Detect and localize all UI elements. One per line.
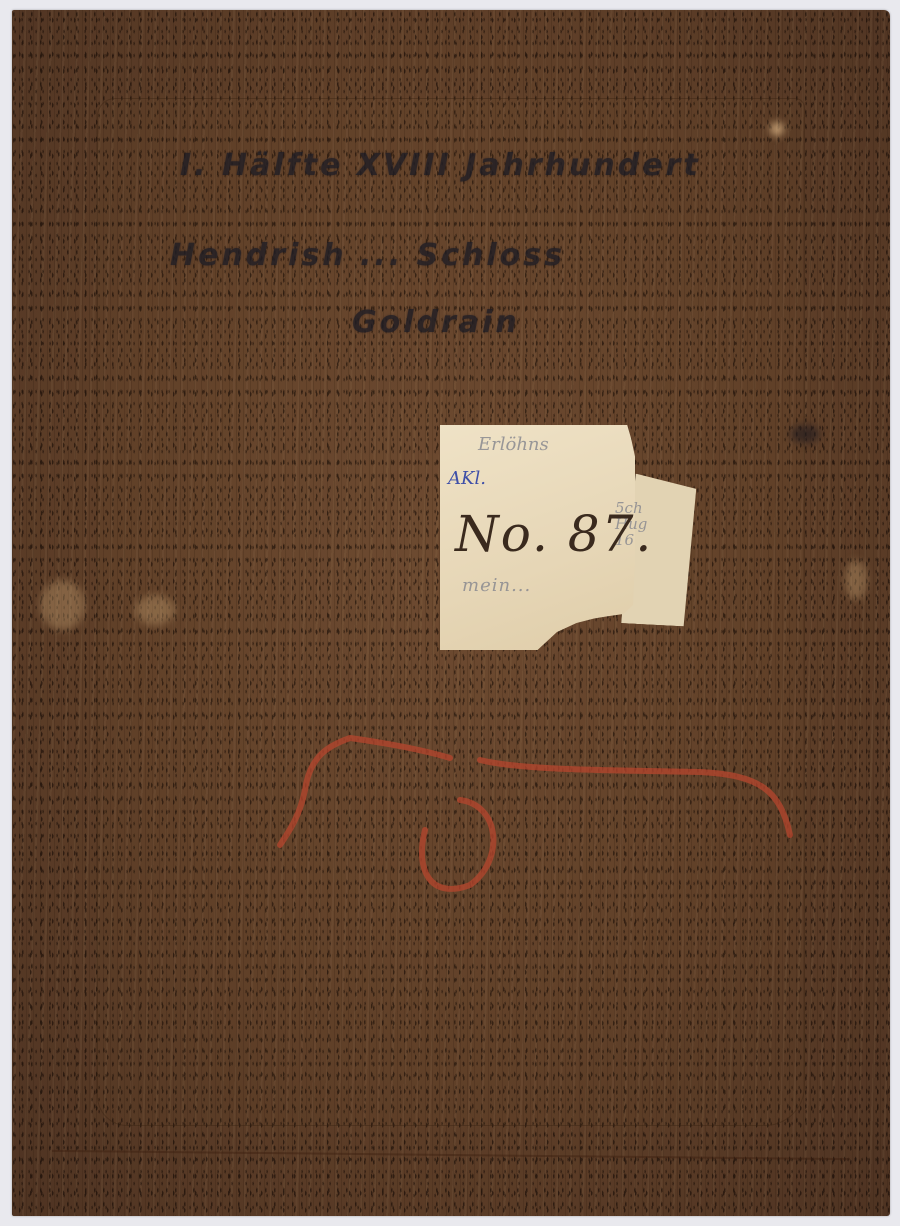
inscription-line-2: Hendrish ... Schloss [170, 238, 565, 273]
inscription-line-3: Goldrain [352, 305, 520, 340]
label-ink-annotation: AKl. [448, 468, 486, 489]
wear-spot [770, 122, 784, 136]
label-pencil-note-top: Erlöhns [478, 434, 549, 455]
label-number: No. 87. [455, 505, 653, 563]
wear-spot [40, 580, 85, 630]
wear-spot [845, 560, 867, 600]
label-pencil-note-bottom: mein... [462, 575, 531, 596]
dark-stain [790, 425, 820, 443]
wear-spot [135, 595, 175, 625]
inscription-line-1: I. Hälfte XVIII Jahrhundert [180, 148, 701, 183]
